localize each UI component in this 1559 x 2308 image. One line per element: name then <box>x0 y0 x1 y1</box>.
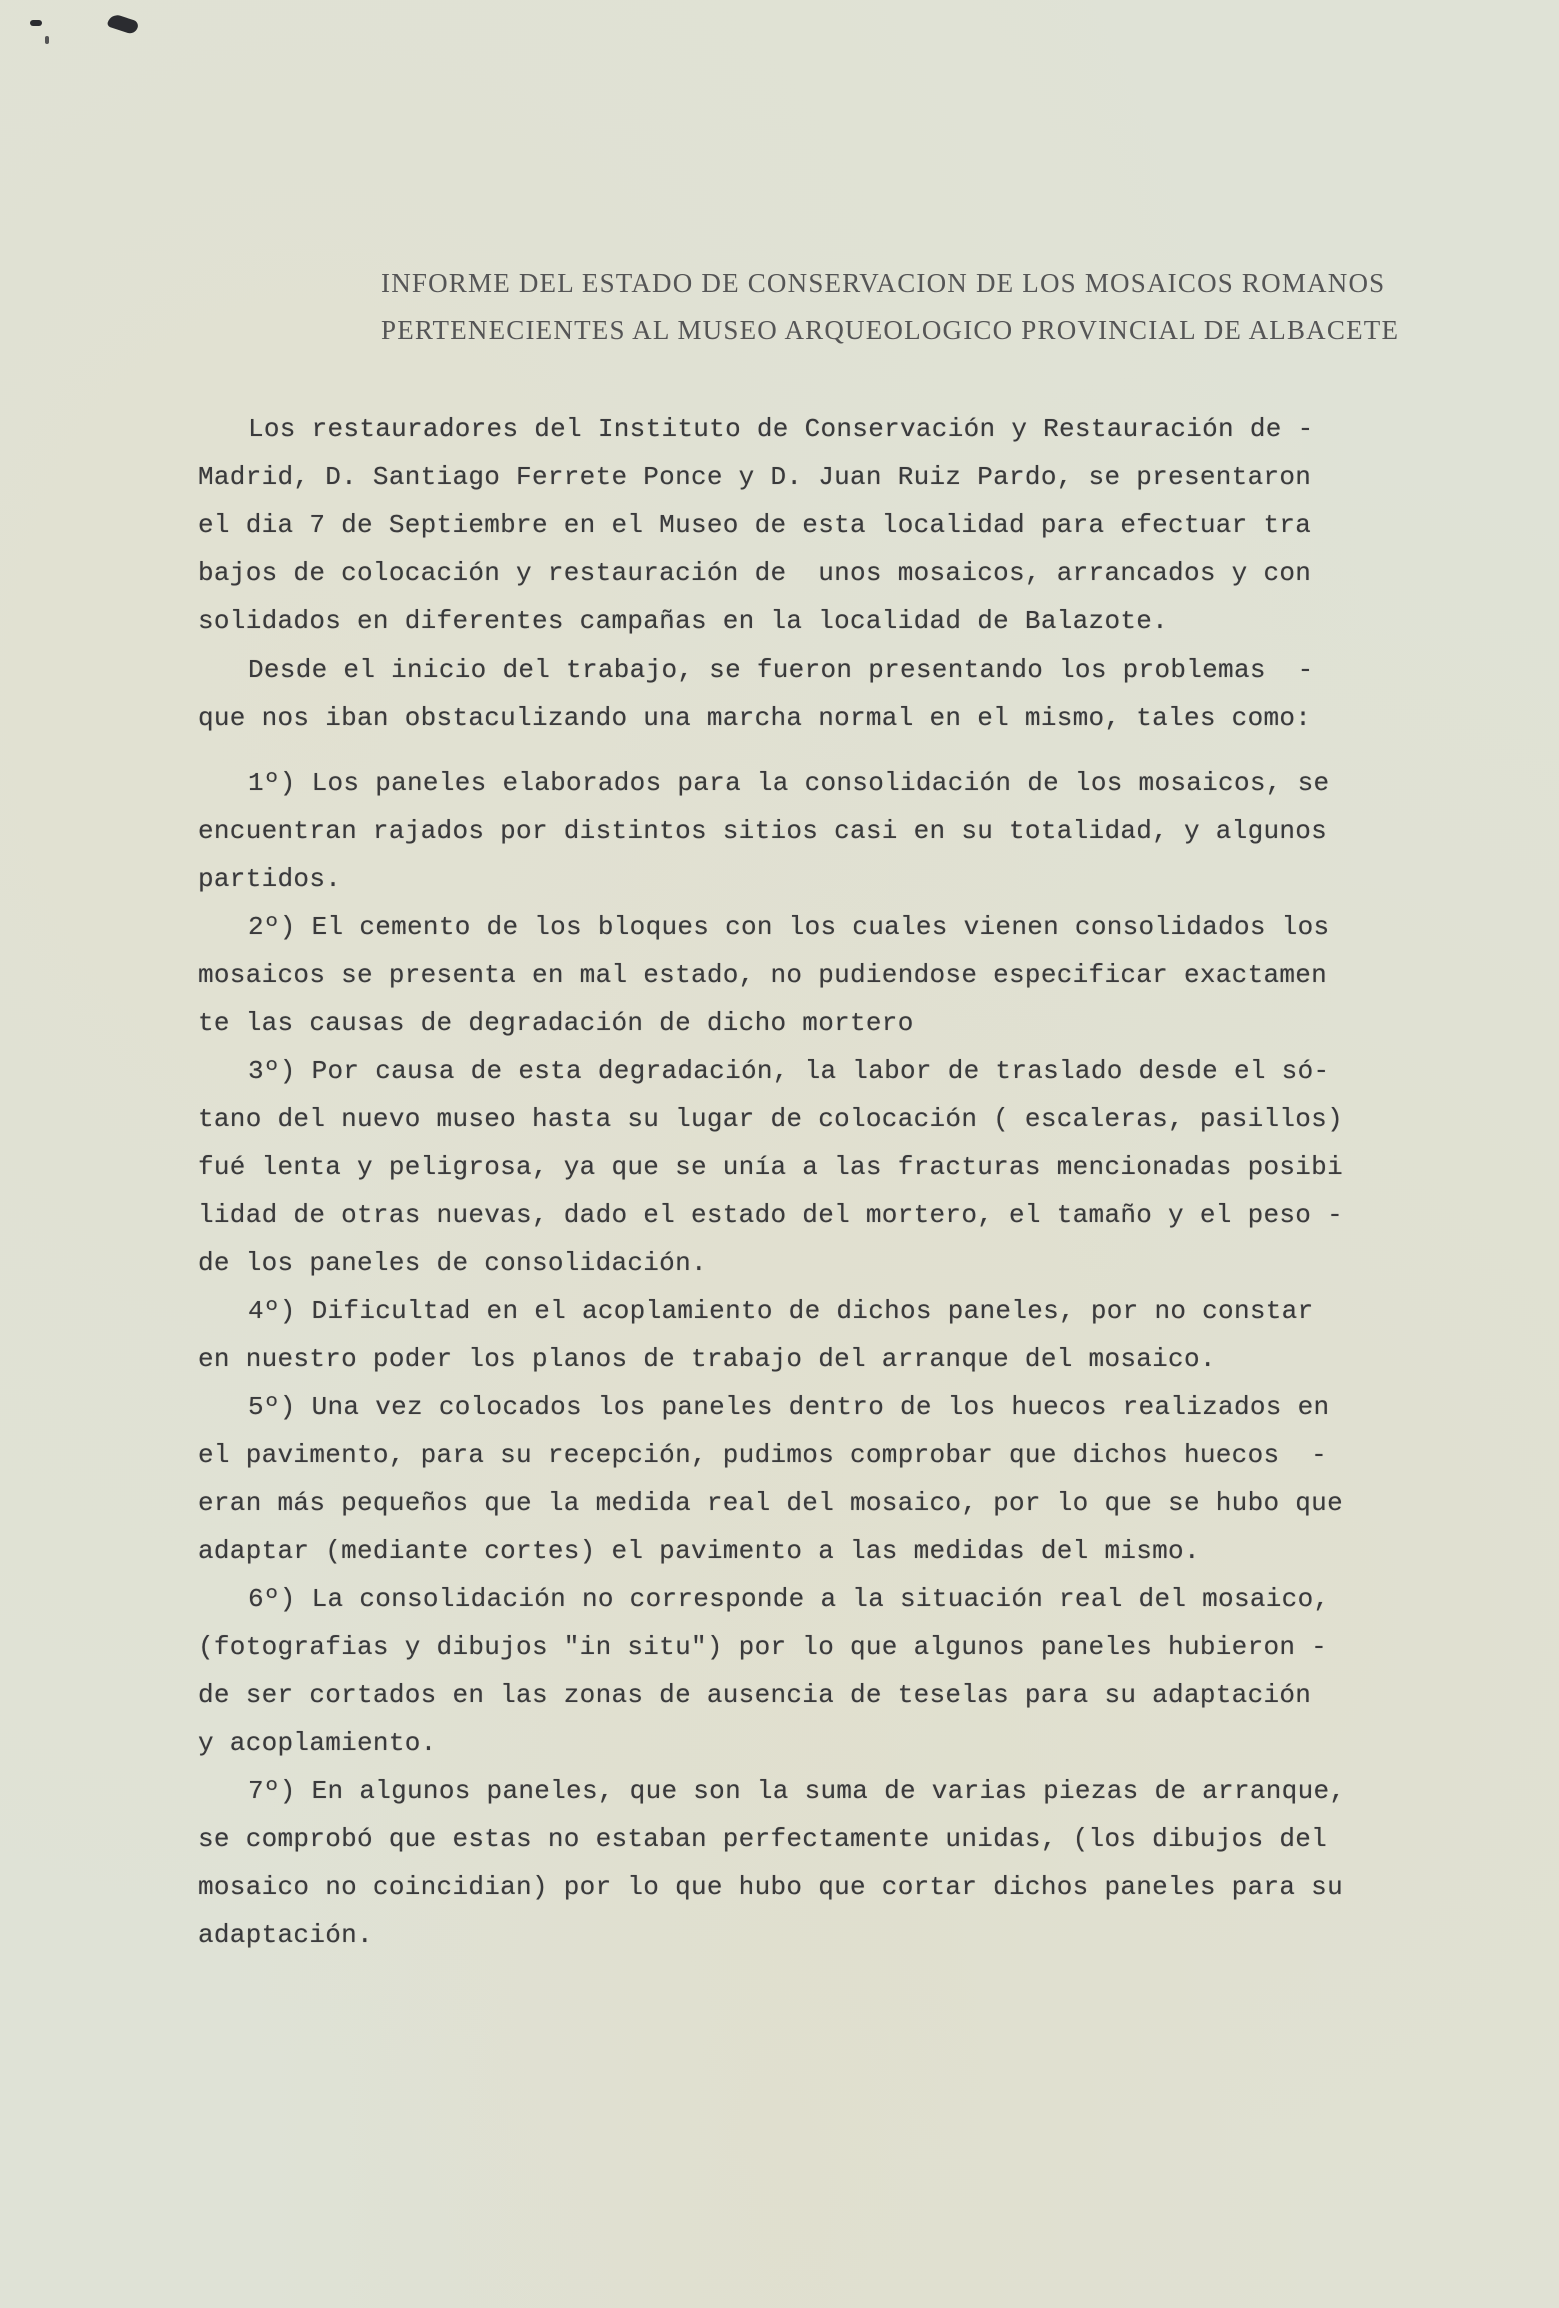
list-item-line: mosaico no coincidian) por lo que hubo q… <box>198 1872 1343 1902</box>
list-item-line: encuentran rajados por distintos sitios … <box>198 816 1327 846</box>
paragraph-line: Desde el inicio del trabajo, se fueron p… <box>248 655 1313 685</box>
list-item-line: fué lenta y peligrosa, ya que se unía a … <box>198 1152 1343 1182</box>
paragraph-line: bajos de colocación y restauración de un… <box>198 558 1311 588</box>
list-item-line: tano del nuevo museo hasta su lugar de c… <box>198 1104 1343 1134</box>
paragraph-line: Los restauradores del Instituto de Conse… <box>248 414 1313 444</box>
list-item-line: 6º) La consolidación no corresponde a la… <box>248 1584 1329 1614</box>
list-item-line: eran más pequeños que la medida real del… <box>198 1488 1343 1518</box>
document-title-line-1: INFORME DEL ESTADO DE CONSERVACION DE LO… <box>381 268 1385 299</box>
list-item-line: 5º) Una vez colocados los paneles dentro… <box>248 1392 1329 1422</box>
list-item-line: lidad de otras nuevas, dado el estado de… <box>198 1200 1343 1230</box>
list-item-line: (fotografias y dibujos "in situ") por lo… <box>198 1632 1327 1662</box>
list-item-line: adaptar (mediante cortes) el pavimento a… <box>198 1536 1200 1566</box>
paragraph-line: que nos iban obstaculizando una marcha n… <box>198 703 1311 733</box>
list-item-line: partidos. <box>198 864 341 894</box>
list-item-line: en nuestro poder los planos de trabajo d… <box>198 1344 1216 1374</box>
list-item-line: mosaicos se presenta en mal estado, no p… <box>198 960 1327 990</box>
list-item-line: 2º) El cemento de los bloques con los cu… <box>248 912 1329 942</box>
list-item-line: el pavimento, para su recepción, pudimos… <box>198 1440 1327 1470</box>
paragraph-line: solidados en diferentes campañas en la l… <box>198 606 1168 636</box>
list-item-line: y acoplamiento. <box>198 1728 437 1758</box>
list-item-line: de ser cortados en las zonas de ausencia… <box>198 1680 1311 1710</box>
list-item-line: 1º) Los paneles elaborados para la conso… <box>248 768 1329 798</box>
list-item-line: 7º) En algunos paneles, que son la suma … <box>248 1776 1345 1806</box>
list-item-line: se comprobó que estas no estaban perfect… <box>198 1824 1327 1854</box>
list-item-line: 4º) Dificultad en el acoplamiento de dic… <box>248 1296 1313 1326</box>
ink-smudge-mark <box>30 20 42 26</box>
document-title-line-2: PERTENECIENTES AL MUSEO ARQUEOLOGICO PRO… <box>381 315 1399 346</box>
list-item-line: 3º) Por causa de esta degradación, la la… <box>248 1056 1329 1086</box>
list-item-line: de los paneles de consolidación. <box>198 1248 707 1278</box>
paragraph-line: el dia 7 de Septiembre en el Museo de es… <box>198 510 1311 540</box>
ink-smudge-mark <box>45 36 49 44</box>
list-item-line: te las causas de degradación de dicho mo… <box>198 1008 914 1038</box>
list-item-line: adaptación. <box>198 1920 373 1950</box>
paragraph-line: Madrid, D. Santiago Ferrete Ponce y D. J… <box>198 462 1311 492</box>
